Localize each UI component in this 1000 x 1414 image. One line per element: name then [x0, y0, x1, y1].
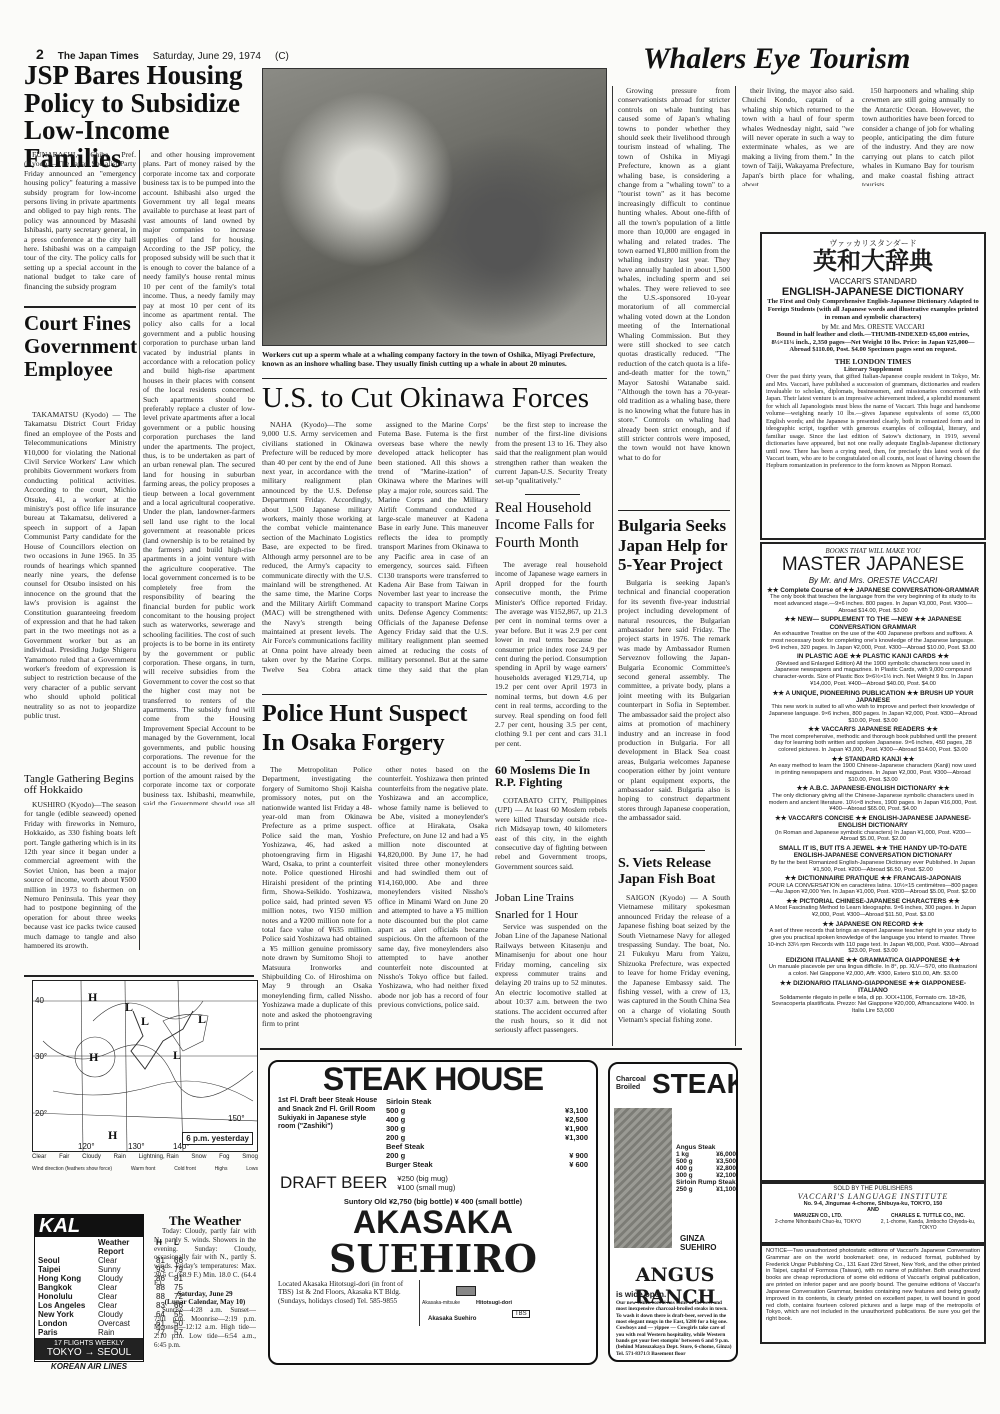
- weather-title: The Weather: [154, 1214, 256, 1227]
- article-text: The Metropolitan Police Department, inve…: [262, 765, 372, 1028]
- book-description: (In Roman and Japanese symbolic characte…: [767, 830, 979, 843]
- angus-price-list: 1 kg¥6,000500 g¥3,500400 g¥2,800300 g¥2,…: [676, 1151, 736, 1179]
- kal-weather-table: SeoulClear8166TaipeiSunny9379Hong KongCl…: [38, 1256, 140, 1337]
- svg-text:130°: 130°: [128, 1142, 145, 1151]
- article-whalers-col2: their living, the mayor also said. Chuic…: [742, 86, 854, 186]
- dealer-list: MARUZEN CO., LTD.2-chome Nihonbashi Chuo…: [766, 1213, 980, 1231]
- svg-text:H: H: [108, 1128, 118, 1142]
- article-text: TAKAMATSU (Kyodo) — The Takamatsu Distri…: [24, 410, 136, 720]
- ad-subtitle: VACCARI'S STANDARD: [766, 277, 980, 286]
- book-description: Un manuale piacevole per una lingua diff…: [767, 964, 979, 977]
- menu-price: ¥2,100: [716, 1172, 736, 1179]
- weather-forecast: Today: Cloudy, partly fair with N., part…: [154, 1227, 256, 1288]
- book-description: An easy method to learn the 1900 Chinese…: [767, 763, 979, 783]
- article-text: 150 harpooners and whaling ship crewmen …: [862, 86, 974, 186]
- menu-row: 500 g¥3,500: [676, 1158, 736, 1165]
- beer-price-small: ¥100 (small mug): [397, 1183, 455, 1192]
- book-title: ★★ NEW— SUPPLEMENT TO THE —NEW ★★ JAPANE…: [767, 616, 979, 631]
- article-text: their living, the mayor also said. Chuic…: [742, 86, 854, 186]
- book-listing: ★★ STANDARD KANJI ★★An easy method to le…: [767, 756, 979, 784]
- book-description: An exhaustive Treatise on the use of the…: [767, 631, 979, 651]
- kal-cond: Clear: [98, 1283, 156, 1292]
- divider: [650, 850, 705, 851]
- book-title: ★★ JAPANESE ON RECORD ★★: [767, 921, 979, 928]
- ad-angus-ranch: Charcoal Broiled STEAK Angus Steak 1 kg¥…: [608, 1062, 738, 1362]
- location-map: Akasaka-mitsuke Hitotsugi-dori TBS Akasa…: [419, 1280, 588, 1326]
- dealer-name: MARUZEN CO., LTD.: [794, 1213, 843, 1219]
- kal-weather-row: LondonOvercast6150: [38, 1319, 140, 1328]
- book-description: Solidamente rilegato in pelle e tela, di…: [767, 995, 979, 1015]
- angus-menu: Angus Steak 1 kg¥6,000500 g¥3,500400 g¥2…: [676, 1144, 736, 1193]
- svg-text:120°: 120°: [78, 1142, 95, 1151]
- ad-master-author: By Mr. and Mrs. ORESTE VACCARI: [767, 576, 979, 585]
- headline-household-income: Real Household Income Falls for Fourth M…: [495, 500, 607, 552]
- book-description: By far the best Romanized English-Japane…: [767, 860, 979, 873]
- article-jsp-col1: FUNABASHI, Chiba Pref. (Kyodo)—The Japan…: [24, 150, 136, 298]
- book-title: ★★ Complete Course of ★★ JAPANESE CONVER…: [767, 587, 979, 594]
- ad-master-japanese: BOOKS THAT WILL MAKE YOU MASTER JAPANESE…: [760, 542, 986, 1182]
- article-text: FUNABASHI, Chiba Pref. (Kyodo)—The Japan…: [24, 150, 136, 291]
- book-title: EDIZIONI ITALIANE ★★ GRAMMATICA GIAPPONE…: [767, 957, 979, 964]
- headline-moslems: 60 Moslems Die In R.P. Fighting: [495, 764, 607, 788]
- ad-katakana: ヴァッカリスタンダード: [766, 238, 980, 249]
- angus-label: Angus Steak: [676, 1144, 736, 1151]
- menu-item: 200 g: [386, 1151, 405, 1160]
- menu-row: 300 g¥2,100: [676, 1172, 736, 1179]
- book-title: ★★ DICTIONNAIRE PRATIQUE ★★ FRANCAIS-JAP…: [767, 875, 979, 882]
- book-description: The only book that teaches the language …: [767, 594, 979, 614]
- draft-beer-label: DRAFT BEER: [280, 1173, 387, 1193]
- divider: [260, 1048, 742, 1050]
- photo-caption: Workers cut up a sperm whale at a whalin…: [262, 350, 607, 369]
- book-listing: ★★ VACCARI'S CONCISE ★★ ENGLISH-JAPANESE…: [767, 815, 979, 843]
- book-listing: ★★ JAPANESE ON RECORD ★★A set of three r…: [767, 921, 979, 955]
- legend-clear: Clear: [32, 1154, 46, 1160]
- menu-row: 200 g¥ 900: [386, 1151, 588, 1160]
- legend-rain: Rain: [114, 1154, 126, 1160]
- dealer-address: 2-chome Nihonbashi Chuo-ku, TOKYO: [775, 1219, 861, 1225]
- svg-text:30°: 30°: [35, 1052, 47, 1061]
- book-listing: ★★ DICTIONNAIRE PRATIQUE ★★ FRANCAIS-JAP…: [767, 875, 979, 896]
- kal-cond: Clear: [98, 1256, 156, 1265]
- book-title: ★★ A.B.C. JAPANESE-ENGLISH DICTIONARY ★★: [767, 785, 979, 792]
- menu-price: ¥1,100: [716, 1186, 736, 1193]
- book-title: ★★ VACCARI'S JAPANESE READERS ★★: [767, 726, 979, 733]
- kal-cond: Rain: [98, 1328, 156, 1337]
- article-text: KUSHIRO (Kyodo)—The season for tangle (e…: [24, 800, 136, 948]
- times-text: Sunrise—4:28 a.m. Sunset—7:01 p.m. Moonr…: [154, 1306, 256, 1349]
- ad-review: Over the past thirty years, that gifted …: [766, 373, 980, 470]
- legend-lows: Lows: [246, 1166, 258, 1172]
- divider: [618, 510, 730, 511]
- lat-label: 40: [35, 996, 44, 1005]
- article-okinawa-col1: NAHA (Kyodo)—The some 9,000 U.S. Army se…: [262, 420, 372, 675]
- menu-price: ¥ 900: [569, 1151, 588, 1160]
- headline-tangle: Tangle Gathering Begins off Hokkaido: [24, 774, 136, 796]
- wide-open: is wide open.: [616, 1290, 666, 1299]
- menu-item: 400 g: [676, 1165, 693, 1172]
- menu-item: 300 g: [386, 1124, 405, 1133]
- article-court-fines: TAKAMATSU (Kyodo) — The Takamatsu Distri…: [24, 410, 136, 768]
- divider: [262, 378, 607, 379]
- kal-cond: Cloudy: [98, 1310, 156, 1319]
- dealer-address: 2, 1-chome, Kanda, Jimbocho Chiyoda-ku, …: [881, 1219, 976, 1231]
- menu-price: ¥2,800: [716, 1165, 736, 1172]
- legend-cold-front: Cold front: [174, 1166, 196, 1172]
- article-whalers-col3: 150 harpooners and whaling ship crewmen …: [862, 86, 974, 186]
- dealer: CHARLES E. TUTTLE CO., INC.2, 1-chome, K…: [876, 1213, 980, 1231]
- column-rule: [139, 150, 140, 950]
- institute-name: VACCARI'S LANGUAGE INSTITUTE: [766, 1192, 980, 1201]
- map-label: TBS: [512, 1310, 530, 1318]
- book-description: (Revised and Enlarged Edition) All the 1…: [767, 661, 979, 688]
- book-listing: IN PLASTIC AGE ★★ PLASTIC KANJI CARDS ★★…: [767, 653, 979, 687]
- menu-row: 200 g¥1,300: [386, 1133, 588, 1142]
- article-text: Growing pressure from conservationists a…: [618, 86, 730, 462]
- kal-city: New York: [38, 1310, 98, 1319]
- legend-cloudy: Cloudy: [82, 1154, 101, 1160]
- menu-row: 500 g¥3,100: [386, 1106, 588, 1115]
- kal-city: Seoul: [38, 1256, 98, 1265]
- ad-book-list: ★★ Complete Course of ★★ JAPANESE CONVER…: [767, 587, 979, 1015]
- book-description: This new work is suited to all who wish …: [767, 704, 979, 724]
- ad-title: ENGLISH-JAPANESE DICTIONARY: [766, 286, 980, 298]
- steak-address: Located Akasaka Hitotsugi-dori (in front…: [278, 1280, 413, 1326]
- ad-desc: The First and Only Comprehensive English…: [766, 298, 980, 321]
- menu-price: ¥2,500: [565, 1115, 588, 1124]
- forecast-text: Today: Cloudy, partly fair with N., part…: [154, 1227, 256, 1288]
- divider: [24, 306, 136, 308]
- weather-date: Saturday, June 29: [154, 1290, 256, 1298]
- divider: [525, 760, 580, 761]
- brand-akasaka: AKASAKA: [270, 1206, 596, 1240]
- kal-city: Paris: [38, 1328, 98, 1337]
- ad-sold-by: SOLD BY THE PUBLISHERS VACCARI'S LANGUAG…: [760, 1182, 986, 1244]
- kal-cond: Sunny: [98, 1265, 156, 1274]
- divider: [262, 694, 487, 695]
- kal-city: London: [38, 1319, 98, 1328]
- menu-row: 400 g¥2,800: [676, 1165, 736, 1172]
- article-sviets: SAIGON (Kyodo) — A South Vietnamese mili…: [618, 893, 730, 1045]
- beef-label: Beef Steak: [386, 1142, 588, 1151]
- kal-title: Weather Report: [98, 1238, 156, 1256]
- steak-title: STEAK: [652, 1068, 738, 1100]
- kal-logo: KAL: [35, 1215, 143, 1237]
- menu-item: 250 g: [676, 1186, 693, 1193]
- menu-price: ¥1,300: [565, 1133, 588, 1142]
- menu-item: 1 kg: [676, 1151, 689, 1158]
- ad-kal: KAL Weather ReportHL SeoulClear8166Taipe…: [34, 1214, 144, 1362]
- legend-wind: Wind direction (feathers show force): [32, 1166, 112, 1172]
- kal-weather-row: BangkokClear8875: [38, 1283, 140, 1292]
- column-rule: [735, 86, 736, 1046]
- divider: [525, 494, 580, 495]
- steak-menu: 500 g¥3,100400 g¥2,500300 g¥1,900200 g¥1…: [386, 1106, 588, 1142]
- kal-city: Honolulu: [38, 1292, 98, 1301]
- dealer-name: CHARLES E. TUTTLE CO., INC.: [891, 1213, 965, 1219]
- menu-item: 400 g: [386, 1115, 405, 1124]
- legend-lightning: Lightning, Rain: [139, 1154, 179, 1160]
- edition-mark: (C): [275, 51, 289, 62]
- legend-smog: Smog: [242, 1154, 258, 1160]
- weather-lunar: (Lunar Calendar, May 10): [154, 1298, 256, 1306]
- whale-photo: [262, 68, 607, 346]
- book-listing: ★★ VACCARI'S JAPANESE READERS ★★The most…: [767, 726, 979, 754]
- weather-times: Sunrise—4:28 a.m. Sunset—7:01 p.m. Moonr…: [154, 1306, 256, 1349]
- menu-item: 300 g: [676, 1172, 693, 1179]
- kal-weather-row: SeoulClear8166: [38, 1256, 140, 1265]
- legend-fog: Fog: [219, 1154, 229, 1160]
- steak-floors: 1st Fl. Draft beer Steak House and Snack…: [278, 1097, 378, 1169]
- column-rule: [612, 86, 613, 1046]
- kal-weather-row: Hong KongCloudy8681: [38, 1274, 140, 1283]
- headline-court-fines: Court Fines Government Employee: [24, 312, 136, 381]
- ad-master-title: MASTER JAPANESE: [767, 555, 979, 576]
- article-police-col2: other notes based on the counterfeit. Yo…: [378, 765, 488, 1043]
- menu-row: 300 g¥1,900: [386, 1124, 588, 1133]
- article-text: Bulgaria is seeking Japan's technical an…: [618, 578, 730, 823]
- legend-highs: Highs: [215, 1166, 228, 1172]
- notice-text: NOTICE—Two unauthorized photostatic edit…: [766, 1248, 980, 1323]
- kal-cond: Cloudy: [98, 1274, 156, 1283]
- menu-price: ¥1,900: [565, 1124, 588, 1133]
- kal-city: Bangkok: [38, 1283, 98, 1292]
- legend-snow: Snow: [191, 1154, 206, 1160]
- svg-text:L: L: [125, 1000, 133, 1014]
- article-text: assigned to the Marine Corps' Futema Bas…: [378, 420, 488, 675]
- svg-text:H: H: [89, 1050, 99, 1064]
- map-label: Akasaka-mitsuke: [422, 1300, 460, 1306]
- kal-city: Hong Kong: [38, 1274, 98, 1283]
- headline-whalers: Whalers Eye Tourism: [643, 44, 983, 75]
- article-okinawa-col3: be the first step to increase the number…: [495, 420, 607, 490]
- charcoal-broiled-tag: Charcoal Broiled: [616, 1076, 646, 1091]
- map-legend-fronts: Wind direction (feathers show force) War…: [32, 1166, 258, 1172]
- ad-akasaka-suehiro: STEAK HOUSE 1st Fl. Draft beer Steak Hou…: [268, 1060, 598, 1365]
- kal-flights: 17 FLIGHTS WEEKLY: [35, 1340, 143, 1347]
- rump-label: Sirloin Rump Steak: [676, 1179, 736, 1186]
- cowboy-illustration: [614, 1108, 672, 1248]
- article-text: The average real household income of Jap…: [495, 560, 607, 748]
- svg-text:150°: 150°: [228, 1114, 245, 1123]
- book-listing: ★★ A UNIQUE, PIONEERING PUBLICATION ★★ B…: [767, 690, 979, 725]
- ad-review-head: THE LONDON TIMES: [766, 357, 980, 366]
- menu-row: 250 g¥1,100: [676, 1186, 736, 1193]
- ad-review-sub: Literary Supplement: [766, 366, 980, 373]
- book-description: The most comprehensive, methodic and tho…: [767, 734, 979, 754]
- menu-item: Burger Steak: [386, 1160, 433, 1169]
- article-text: be the first step to increase the number…: [495, 420, 607, 486]
- menu-item: 200 g: [386, 1133, 405, 1142]
- headline-bulgaria: Bulgaria Seeks Japan Help for 5-Year Pro…: [618, 516, 733, 575]
- headline-okinawa: U.S. to Cut Okinawa Forces: [262, 384, 607, 414]
- book-title: ★★ PICTORIAL CHINESE-JAPANESE CHARACTERS…: [767, 898, 979, 905]
- map-label: Akasaka Suehiro: [428, 1316, 476, 1322]
- kal-cond: Clear: [98, 1301, 156, 1310]
- article-text: and other housing improvement plans. Par…: [143, 150, 255, 805]
- book-listing: ★★ Complete Course of ★★ JAPANESE CONVER…: [767, 587, 979, 615]
- book-title: ★★ DIZIONARIO ITALIANO-GIAPPONESE ★★ GIA…: [767, 980, 979, 995]
- article-text: COTABATO CITY, Philippines (UPI) — At le…: [495, 796, 607, 871]
- menu-item: 500 g: [386, 1106, 405, 1115]
- headline-sviets: S. Viets Release Japan Fish Boat: [618, 856, 730, 888]
- article-household-income: The average real household income of Jap…: [495, 560, 607, 760]
- legend-warm-front: Warm front: [131, 1166, 156, 1172]
- kal-weather-row: ParisRain7757: [38, 1328, 140, 1337]
- weather-box: The Weather Today: Cloudy, partly fair w…: [154, 1214, 256, 1349]
- headline-police-forgery: Police Hunt Suspect In Osaka Forgery: [262, 700, 490, 758]
- ginza-suehiro: GINZA SUEHIRO: [680, 1234, 736, 1252]
- kal-weather-row: New YorkCloudy6455: [38, 1310, 140, 1319]
- book-description: The only dictionary giving all the Chine…: [767, 793, 979, 813]
- beer-price-big: ¥250 (big mug): [397, 1174, 447, 1183]
- ad-notice: NOTICE—Two unauthorized photostatic edit…: [760, 1244, 986, 1344]
- ad-specs: Bound in half leather and cloth.—THUMB-I…: [766, 331, 980, 354]
- book-listing: ★★ NEW— SUPPLEMENT TO THE —NEW ★★ JAPANE…: [767, 616, 979, 651]
- kal-weather-row: TaipeiSunny9379: [38, 1265, 140, 1274]
- kal-airline: KOREAN AIR LINES: [35, 1360, 143, 1371]
- book-description: A set of three records that brings an ex…: [767, 928, 979, 955]
- book-listing: ★★ PICTORIAL CHINESE-JAPANESE CHARACTERS…: [767, 898, 979, 919]
- menu-price: ¥3,100: [565, 1106, 588, 1115]
- article-text: SAIGON (Kyodo) — A South Vietnamese mili…: [618, 893, 730, 1025]
- article-moslems: COTABATO CITY, Philippines (UPI) — At le…: [495, 796, 607, 886]
- steak-house-title: STEAK HOUSE: [270, 1062, 596, 1097]
- menu-row: 400 g¥2,500: [386, 1115, 588, 1124]
- kal-route: TOKYO → SEOUL: [35, 1347, 143, 1358]
- article-joban: Service was suspended on the Joban Line …: [495, 922, 607, 1044]
- svg-text:H: H: [88, 990, 98, 1004]
- menu-price: ¥3,500: [716, 1158, 736, 1165]
- article-police-col1: The Metropolitan Police Department, inve…: [262, 765, 372, 1043]
- article-jsp-col2: and other housing improvement plans. Par…: [143, 150, 255, 805]
- kal-city: Los Angeles: [38, 1301, 98, 1310]
- article-tangle: KUSHIRO (Kyodo)—The season for tangle (e…: [24, 800, 136, 948]
- kal-cond: Clear: [98, 1292, 156, 1301]
- kal-header: Weather ReportHL: [38, 1238, 140, 1256]
- dealer: MARUZEN CO., LTD.2-chome Nihonbashi Chuo…: [766, 1213, 870, 1231]
- article-text: Service was suspended on the Joban Line …: [495, 922, 607, 1035]
- menu-row: Burger Steak¥ 600: [386, 1160, 588, 1169]
- article-okinawa-col2: assigned to the Marine Corps' Futema Bas…: [378, 420, 488, 675]
- menu-item: 500 g: [676, 1158, 693, 1165]
- kal-weather-row: Los AngelesClear8366: [38, 1301, 140, 1310]
- book-title: IN PLASTIC AGE ★★ PLASTIC KANJI CARDS ★★: [767, 653, 979, 660]
- article-whalers-col1: Growing pressure from conservationists a…: [618, 86, 730, 510]
- brand-suehiro: SUEHIRO: [270, 1240, 596, 1278]
- article-text: NAHA (Kyodo)—The some 9,000 U.S. Army se…: [262, 420, 372, 675]
- map-label: Hitotsugi-dori: [476, 1300, 512, 1306]
- ad-kanji-title: 英和大辞典: [766, 249, 980, 275]
- book-title: ★★ A UNIQUE, PIONEERING PUBLICATION ★★ B…: [767, 690, 979, 705]
- map-legend: Clear Fair Cloudy Rain Lightning, Rain S…: [32, 1154, 258, 1160]
- legend-fair: Fair: [59, 1154, 69, 1160]
- article-text: other notes based on the counterfeit. Yo…: [378, 765, 488, 1010]
- ad-vaccari-dictionary: ヴァッカリスタンダード 英和大辞典 VACCARI'S STANDARD ENG…: [760, 232, 986, 540]
- kal-cond: Overcast: [98, 1319, 156, 1328]
- svg-text:L: L: [198, 1012, 206, 1026]
- book-description: POUR LA CONVERSATION en caractères latin…: [767, 883, 979, 896]
- book-listing: EDIZIONI ITALIANE ★★ GRAMMATICA GIAPPONE…: [767, 957, 979, 978]
- ad-author: by Mr. and Mrs. ORESTE VACCARI: [766, 324, 980, 331]
- book-title: ★★ STANDARD KANJI ★★: [767, 756, 979, 763]
- weather-map-graphic: HLL LHLH 4030°20° 120°130°140°150°: [33, 981, 258, 1152]
- map-building-icon: [456, 1286, 476, 1296]
- angus-body: Our new Ginza corral has some of the bes…: [616, 1300, 734, 1357]
- headline-joban: Joban Line Trains Snarled for 1 Hour: [495, 890, 607, 923]
- kal-city: Taipei: [38, 1265, 98, 1274]
- book-listing: ★★ DIZIONARIO ITALIANO-GIAPPONESE ★★ GIA…: [767, 980, 979, 1015]
- svg-text:L: L: [173, 1048, 181, 1062]
- menu-price: ¥ 600: [569, 1160, 588, 1169]
- book-listing: SMALL IT IS, BUT ITS A JEWEL ★★ THE HAND…: [767, 845, 979, 873]
- article-bulgaria: Bulgaria is seeking Japan's technical an…: [618, 578, 730, 844]
- sirloin-label: Sirloin Steak: [386, 1097, 588, 1106]
- divider: [24, 975, 254, 977]
- svg-text:L: L: [141, 1014, 149, 1028]
- book-title: ★★ VACCARI'S CONCISE ★★ ENGLISH-JAPANESE…: [767, 815, 979, 830]
- book-title: SMALL IT IS, BUT ITS A JEWEL ★★ THE HAND…: [767, 845, 979, 860]
- kal-weather-row: HonoluluClear8872: [38, 1292, 140, 1301]
- book-listing: ★★ A.B.C. JAPANESE-ENGLISH DICTIONARY ★★…: [767, 785, 979, 813]
- weather-map: HLL LHLH 4030°20° 120°130°140°150° 6 p.m…: [32, 980, 258, 1152]
- book-description: A Most Fascinating Method to Learn Ideog…: [767, 905, 979, 918]
- svg-text:20°: 20°: [35, 1109, 47, 1118]
- menu-row: 1 kg¥6,000: [676, 1151, 736, 1158]
- map-time-label: 6 p.m. yesterday: [182, 1132, 253, 1145]
- menu-price: ¥6,000: [716, 1151, 736, 1158]
